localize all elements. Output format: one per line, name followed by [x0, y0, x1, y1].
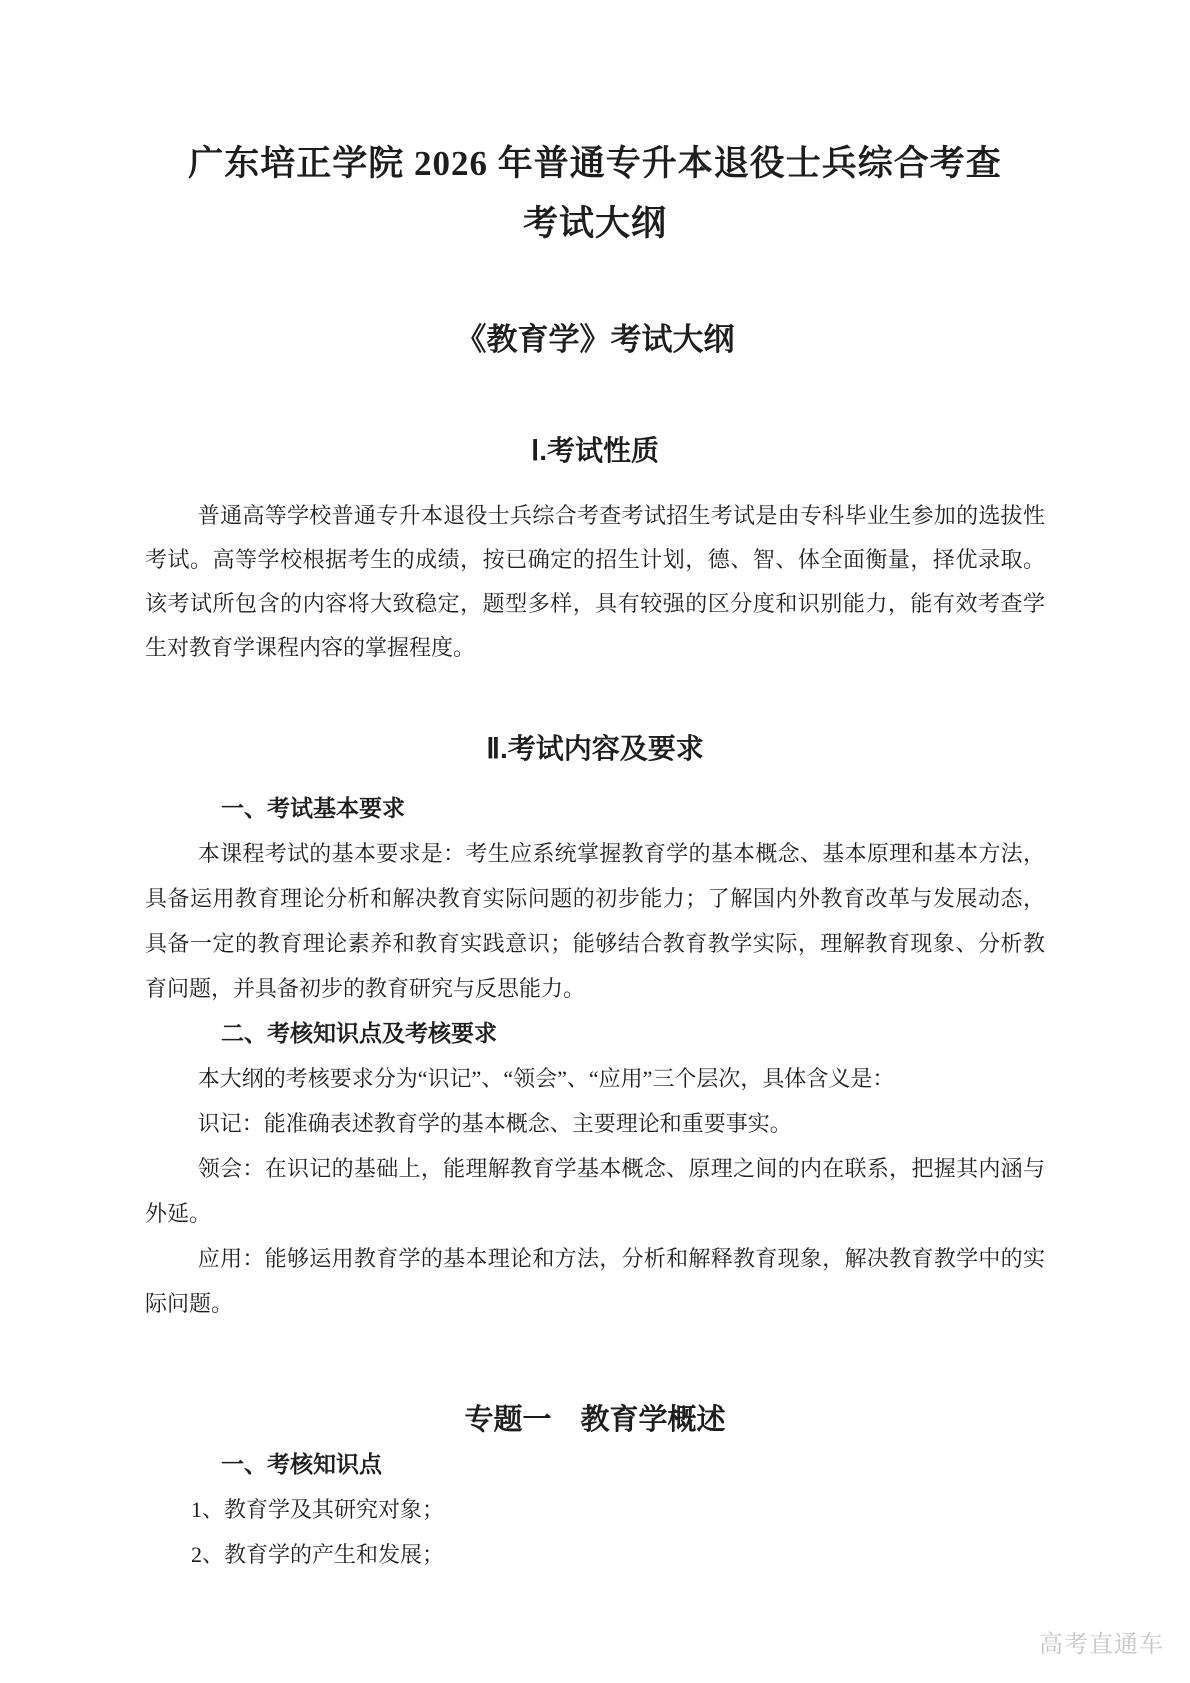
knowledge-point-2: 2、教育学的产生和发展；: [145, 1532, 1045, 1577]
subsection-2-paragraph-levels: 本大纲的考核要求分为“识记”、“领会”、“应用”三个层次，具体含义是：: [145, 1056, 1045, 1101]
subsection-1-paragraph: 本课程考试的基本要求是：考生应系统掌握教育学的基本概念、基本原理和基本方法，具备…: [145, 831, 1045, 1011]
exam-syllabus-page: 广东培正学院 2026 年普通专升本退役士兵综合考查 考试大纲 《教育学》考试大…: [0, 0, 1190, 1683]
subsection-2-paragraph-shiji: 识记：能准确表述教育学的基本概念、主要理论和重要事实。: [145, 1101, 1045, 1146]
document-title-line2: 考试大纲: [145, 194, 1045, 254]
knowledge-point-1: 1、教育学及其研究对象；: [145, 1487, 1045, 1532]
subsection-1-heading: 一、考试基本要求: [145, 786, 1045, 831]
section-1-heading: Ⅰ.考试性质: [145, 430, 1045, 472]
section-1-paragraph: 普通高等学校普通专升本退役士兵综合考查考试招生考试是由专科毕业生参加的选拔性考试…: [145, 494, 1045, 670]
subsection-2-paragraph-yingyong: 应用：能够运用教育学的基本理论和方法，分析和解释教育现象，解决教育教学中的实际问…: [145, 1236, 1045, 1326]
document-title: 广东培正学院 2026 年普通专升本退役士兵综合考查 考试大纲: [145, 134, 1045, 254]
watermark-gaokao-zhitongche: 高考直通车: [1039, 1624, 1164, 1659]
subject-title: 《教育学》考试大纲: [145, 318, 1045, 362]
document-title-line1: 广东培正学院 2026 年普通专升本退役士兵综合考查: [145, 134, 1045, 194]
topic-1-subsection-heading: 一、考核知识点: [145, 1442, 1045, 1487]
topic-1-heading: 专题一 教育学概述: [145, 1398, 1045, 1442]
subsection-2-paragraph-linghui: 领会：在识记的基础上，能理解教育学基本概念、原理之间的内在联系，把握其内涵与外延…: [145, 1146, 1045, 1236]
subsection-2-heading: 二、考核知识点及考核要求: [145, 1011, 1045, 1056]
section-2-heading: Ⅱ.考试内容及要求: [145, 728, 1045, 770]
page-content: 广东培正学院 2026 年普通专升本退役士兵综合考查 考试大纲 《教育学》考试大…: [0, 134, 1190, 1577]
